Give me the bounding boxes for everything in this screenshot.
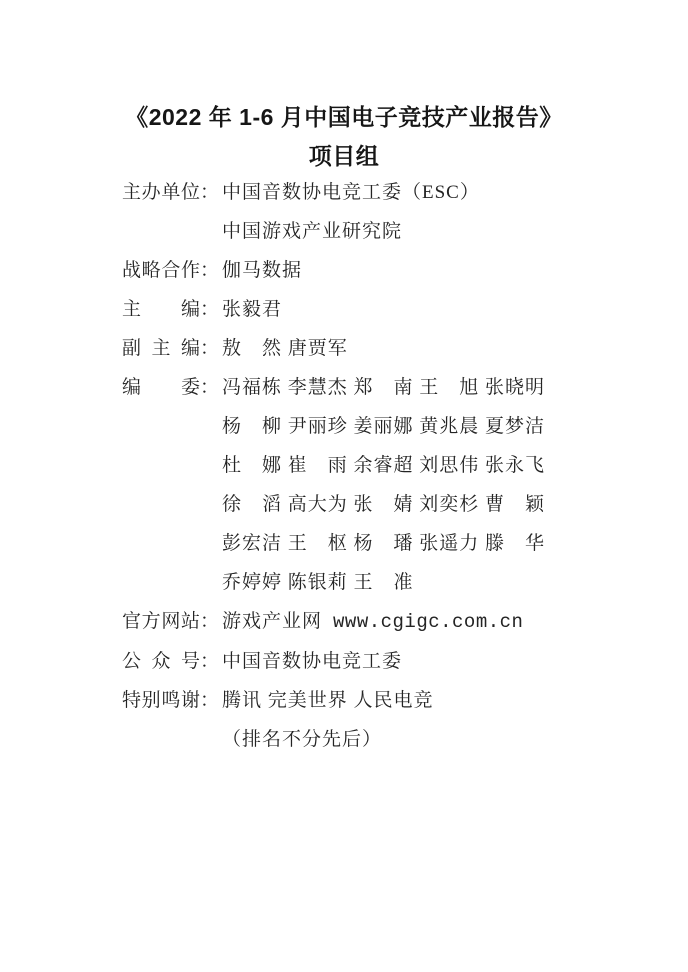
credits-block: 主办单位：中国音数协电竞工委（ESC） 中国游戏产业研究院 战略合作：伽马数据 …	[122, 173, 566, 759]
credits-row-wechat-account: 公众号：中国音数协电竞工委	[122, 642, 566, 681]
credits-row-chief-editor: 主编：张毅君	[122, 290, 566, 329]
row-colon: ：	[200, 329, 222, 368]
document-page: 《2022 年 1-6 月中国电子竞技产业报告》 项目组 主办单位：中国音数协电…	[0, 0, 688, 972]
row-colon: ：	[200, 681, 222, 720]
row-label: 副主编	[122, 329, 200, 368]
credits-row-strategic-partner: 战略合作：伽马数据	[122, 251, 566, 290]
credits-row-ranking-note: （排名不分先后）	[122, 720, 566, 759]
row-content: 伽马数据	[222, 251, 302, 290]
row-content: 游戏产业网www.cgigc.com.cn	[222, 602, 523, 642]
row-content: 中国游戏产业研究院	[222, 212, 402, 251]
row-colon: ：	[200, 602, 222, 641]
row-colon: ：	[200, 368, 222, 407]
row-content: 冯福栋 李慧杰 郑 南 王 旭 张晓明	[222, 368, 545, 407]
row-colon: ：	[200, 173, 222, 212]
credits-row-special-thanks: 特别鸣谢：腾讯 完美世界 人民电竞	[122, 681, 566, 720]
row-content: 张毅君	[222, 290, 282, 329]
row-label: 编委	[122, 368, 200, 407]
row-content: 敖 然 唐贾军	[222, 329, 348, 368]
row-label: 特别鸣谢	[122, 681, 200, 720]
row-content: 徐 滔 高大为 张 婧 刘奕杉 曹 颖	[222, 485, 545, 524]
official-site-name: 游戏产业网	[222, 611, 322, 632]
credits-row-editorial-board-1: 编委：冯福栋 李慧杰 郑 南 王 旭 张晓明	[122, 368, 566, 407]
row-content: 腾讯 完美世界 人民电竞	[222, 681, 434, 720]
row-label: 主编	[122, 290, 200, 329]
credits-row-editorial-board-5: 彭宏洁 王 枢 杨 璠 张遥力 滕 华	[122, 524, 566, 563]
official-site-url: www.cgigc.com.cn	[333, 611, 523, 633]
report-title: 《2022 年 1-6 月中国电子竞技产业报告》	[122, 103, 566, 131]
row-label: 战略合作	[122, 251, 200, 290]
row-colon: ：	[200, 251, 222, 290]
row-colon: ：	[200, 290, 222, 329]
project-group-title: 项目组	[122, 142, 566, 170]
row-label: 公众号	[122, 642, 200, 681]
credits-row-editorial-board-6: 乔婷婷 陈银莉 王 准	[122, 563, 566, 602]
credits-row-official-site: 官方网站：游戏产业网www.cgigc.com.cn	[122, 602, 566, 642]
credits-row-organizer-cont: 中国游戏产业研究院	[122, 212, 566, 251]
row-content: 彭宏洁 王 枢 杨 璠 张遥力 滕 华	[222, 524, 545, 563]
credits-row-editorial-board-3: 杜 娜 崔 雨 余睿超 刘思伟 张永飞	[122, 446, 566, 485]
row-content: 中国音数协电竞工委	[222, 642, 402, 681]
row-content: 乔婷婷 陈银莉 王 准	[222, 563, 414, 602]
row-content: 中国音数协电竞工委（ESC）	[222, 173, 480, 212]
credits-row-editorial-board-4: 徐 滔 高大为 张 婧 刘奕杉 曹 颖	[122, 485, 566, 524]
row-colon: ：	[200, 642, 222, 681]
row-content: （排名不分先后）	[222, 720, 382, 759]
row-label: 官方网站	[122, 602, 200, 641]
credits-row-deputy-editors: 副主编：敖 然 唐贾军	[122, 329, 566, 368]
row-label: 主办单位	[122, 173, 200, 212]
credits-row-organizer: 主办单位：中国音数协电竞工委（ESC）	[122, 173, 566, 212]
credits-row-editorial-board-2: 杨 柳 尹丽珍 姜丽娜 黄兆晨 夏梦洁	[122, 407, 566, 446]
row-content: 杨 柳 尹丽珍 姜丽娜 黄兆晨 夏梦洁	[222, 407, 545, 446]
row-content: 杜 娜 崔 雨 余睿超 刘思伟 张永飞	[222, 446, 545, 485]
